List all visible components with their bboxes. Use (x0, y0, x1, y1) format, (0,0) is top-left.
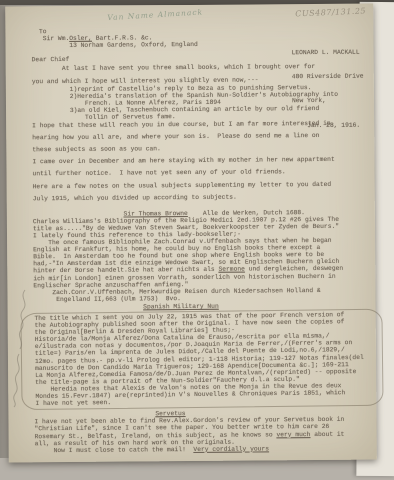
typed-text: Dear Chief (32, 56, 70, 63)
letter-page: Van Name Almanack CUS487/131.25 LEONARD … (5, 4, 377, 463)
letter-line: Now I must close to catch the mail! Very… (35, 444, 373, 454)
typed-text: I have not yet seen. (35, 399, 111, 407)
typed-text: Now I must close to catch the mail! (54, 446, 194, 454)
typed-text: Sir Wm. (43, 35, 70, 42)
letter-line: Here are a few notes on the usual subjec… (33, 180, 371, 190)
letter-line: I came over in December and am here stay… (32, 156, 370, 166)
typed-text: hearing how you all are, and where your … (32, 132, 319, 141)
pencil-annotation-title: Van Name Almanack (107, 7, 203, 22)
letter-line: At last I have sent you three small book… (32, 63, 370, 73)
typed-text: Here are a few notes on the usual subjec… (33, 180, 332, 189)
typed-text: To (39, 28, 47, 35)
typed-text: about it (310, 430, 344, 437)
scanned-letter-photo: Van Name Almanack CUS487/131.25 LEONARD … (0, 0, 394, 480)
letter-line: Dear Chief (32, 54, 370, 64)
typed-text: 13 Norham Gardens, Oxford, England (69, 41, 198, 49)
typed-text: I came over in December and am here stay… (32, 156, 334, 165)
pencil-annotation-file-number: CUS487/131.25 (295, 6, 366, 18)
letter-line: these subjects as soon as you can. (32, 144, 370, 154)
letter-lines: ToSir Wm.Osler, Bart.F.R.S. &c.13 Norham… (31, 26, 372, 454)
letter-line: 13 Norham Gardens, Oxford, England (31, 40, 369, 50)
typed-text: Engelland II,663 (Ulm 1753) 8vo. (56, 295, 181, 303)
underlined-text: very much (276, 431, 310, 438)
letter-line: hearing how you all are, and where your … (32, 132, 370, 142)
typed-text: these subjects as soon as you can. (32, 145, 161, 153)
margin-pencil-scribble (1, 286, 39, 408)
underlined-text: Spanish Military Nun (143, 303, 219, 311)
letter-line: July 1915, which you divided up accordin… (33, 192, 371, 202)
typed-text: Tollin of Servetus fame. (85, 113, 176, 121)
underlined-text: Very cordially yours (193, 445, 269, 453)
typed-text: At last I have sent you three small book… (62, 63, 315, 72)
letter-line: until further notice. I have not yet see… (33, 168, 371, 178)
typed-text: July 1915, which you divided up accordin… (33, 193, 237, 202)
pencil-circle-annotation: The title which I sent you on July 22, 1… (20, 309, 383, 411)
typed-text: until further notice. I have not yet see… (33, 169, 286, 178)
typed-text: I hope that these will reach you in due … (32, 120, 331, 129)
letter-line: I hope that these will reach you in due … (32, 120, 370, 130)
